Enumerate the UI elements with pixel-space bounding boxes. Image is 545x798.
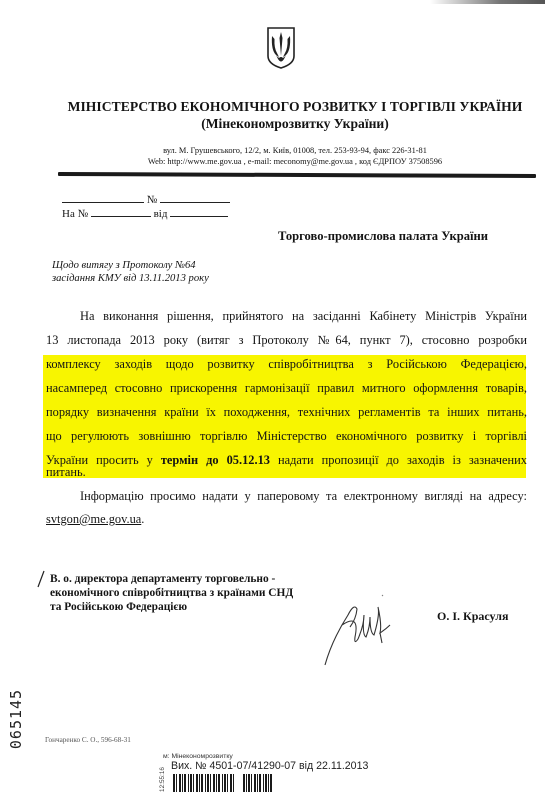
registration-number: Вих. № 4501-07/41290-07 від 22.11.2013 <box>171 760 368 772</box>
body-line: 13 листопада 2013 року (витяг з Протокол… <box>46 333 527 348</box>
registration-time: 12:55:16 <box>159 767 166 792</box>
ministry-address: вул. М. Грушевського, 12/2, м. Київ, 010… <box>60 146 530 155</box>
highlighted-line: насамперед стосовно прискорення гармоніз… <box>46 381 527 396</box>
date-blank <box>62 192 144 203</box>
header-divider <box>58 172 536 178</box>
stamp-number: 065145 <box>7 689 25 749</box>
subject-line-1: Щодо витягу з Протоколу №64 <box>52 260 196 271</box>
reply-number-blank <box>91 206 151 217</box>
signatory-title-line: В. о. директора департаменту торговельно… <box>50 573 275 585</box>
ministry-contacts: Web: http://www.me.gov.ua , e-mail: meco… <box>60 157 530 166</box>
highlighted-line-last: питань. <box>46 464 527 479</box>
outgoing-number-line: № <box>62 192 230 206</box>
highlighted-line: комплексу заходів щодо розвитку співробі… <box>46 357 527 372</box>
margin-mark <box>37 570 45 588</box>
body-line: Інформацію просимо надати у паперовому т… <box>80 489 527 504</box>
registration-barcode <box>173 774 273 792</box>
contact-email-link[interactable]: svtgon@me.gov.ua <box>46 512 141 526</box>
signatory-title-line: економічного співробітництва з країнами … <box>50 587 293 599</box>
handwritten-signature <box>320 585 400 670</box>
signatory-name: О. І. Красуля <box>437 609 508 624</box>
reply-to-line: На № від <box>62 206 228 220</box>
executor-contact: Гончаренко С. О., 596-68-31 <box>45 736 131 744</box>
reply-date-blank <box>170 206 228 217</box>
ministry-name: МІНІСТЕРСТВО ЕКОНОМІЧНОГО РОЗВИТКУ І ТОР… <box>60 99 530 115</box>
registration-sender: м: Мінекономрозвитку <box>163 753 233 760</box>
subject-line-2: засідання КМУ від 13.11.2013 року <box>52 273 209 284</box>
number-blank <box>160 192 230 203</box>
reply-from-label: від <box>154 208 168 220</box>
highlighted-line: порядку визначення країни їх походження,… <box>46 405 527 420</box>
coat-of-arms-icon <box>266 26 296 70</box>
ministry-short-name: (Мінекономрозвитку України) <box>60 116 530 132</box>
recipient: Торгово-промислова палата України <box>278 229 488 244</box>
reply-number-label: На № <box>62 208 88 220</box>
signatory-title-line: та Російською Федерацією <box>50 601 187 613</box>
highlighted-line: що регулюють зовнішню торгівлю Міністерс… <box>46 429 527 444</box>
scan-edge-shadow <box>430 0 545 4</box>
number-label: № <box>147 194 158 206</box>
contact-email-line: svtgon@me.gov.ua. <box>46 512 144 527</box>
body-line: На виконання рішення, прийнятого на засі… <box>80 309 527 324</box>
